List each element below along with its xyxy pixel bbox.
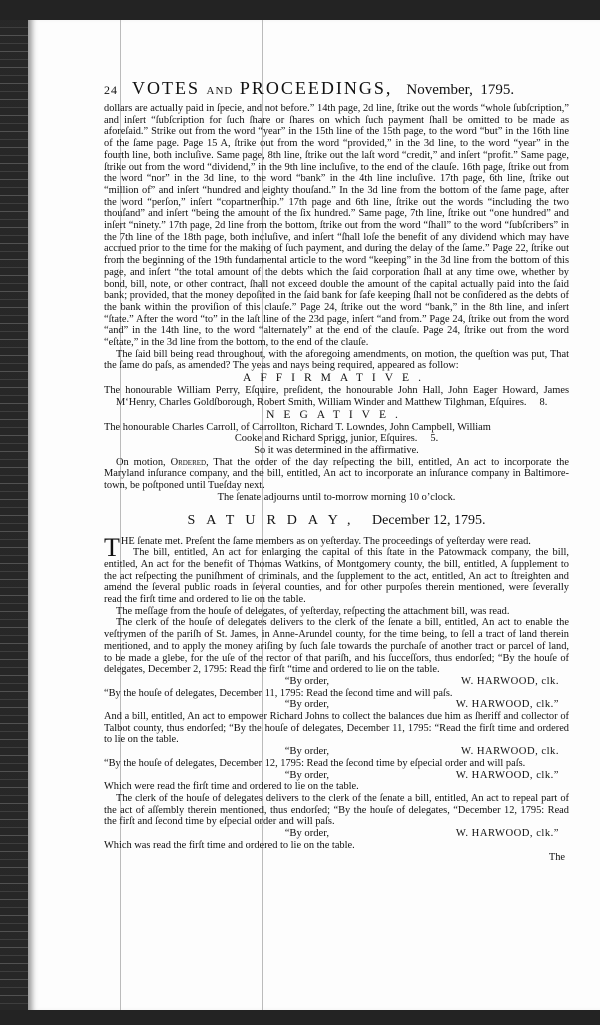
signature-line: “By order, W. HARWOOD, clk. [104, 676, 569, 688]
affirmative-heading: AFFIRMATIVE. [104, 372, 569, 385]
endorsement-line: “By the houſe of delegates, December 11,… [104, 688, 569, 700]
running-head-date: November, 1795. [406, 82, 514, 99]
signature-line: “By order, W. HARWOOD, clk. [104, 746, 569, 758]
journal-title: VOTES AND PROCEEDINGS, [132, 78, 392, 99]
page-content: 24 VOTES AND PROCEEDINGS, November, 1795… [104, 78, 569, 865]
vote-intro: The ſaid bill being read throughout, wit… [104, 349, 569, 372]
bills-read-paragraph: The bill, entitled, An act for enlarging… [104, 547, 569, 606]
document-page: 24 VOTES AND PROCEEDINGS, November, 1795… [28, 20, 600, 1010]
determined-line: So it was determined in the affirmative. [104, 445, 569, 457]
message-paragraph: The meſſage from the houſe of delegates,… [104, 606, 569, 618]
negative-count: 5. [430, 433, 438, 444]
drop-cap: T [104, 537, 120, 559]
signature-line: “By order, W. HARWOOD, clk.” [104, 828, 569, 840]
catchword: The [104, 851, 569, 865]
vestrymen-bill-paragraph: The clerk of the houſe of delegates deli… [104, 617, 569, 676]
signature-line: “By order, W. HARWOOD, clk.” [104, 699, 569, 711]
endorsement-line: “By the houſe of delegates, December 12,… [104, 758, 569, 770]
repeal-bill-paragraph: The clerk of the houſe of delegates deli… [104, 793, 569, 828]
adjourn-line: The ſenate adjourns until to-morrow morn… [104, 492, 569, 504]
negative-names-line2: Cooke and Richard Sprigg, junior, Eſquir… [104, 433, 569, 445]
johns-bill-paragraph: And a bill, entitled, An act to empower … [104, 711, 569, 746]
running-head: 24 VOTES AND PROCEEDINGS, November, 1795… [104, 78, 569, 99]
page-number: 24 [104, 83, 118, 98]
which-was-line: Which was read the firſt time and ordere… [104, 840, 569, 852]
affirmative-count: 8. [540, 397, 548, 408]
affirmative-names: The honourable William Perry, Eſquire, p… [104, 385, 569, 408]
which-were-line: Which were read the firſt time and order… [104, 781, 569, 793]
day-heading: SATURDAY, December 12, 1795. [104, 513, 569, 529]
amendments-paragraph: dollars are actually paid in ſpecie, and… [104, 103, 569, 349]
opening-paragraph: THE ſenate met. Preſent the ſame members… [104, 536, 569, 548]
scan-binding-edge [0, 20, 30, 1010]
negative-heading: NEGATIVE. [104, 409, 569, 422]
ordered-paragraph: On motion, Ordered, That the order of th… [104, 457, 569, 492]
signature-line: “By order, W. HARWOOD, clk.” [104, 770, 569, 782]
negative-names-line1: The honourable Charles Carroll, of Carro… [104, 422, 569, 434]
